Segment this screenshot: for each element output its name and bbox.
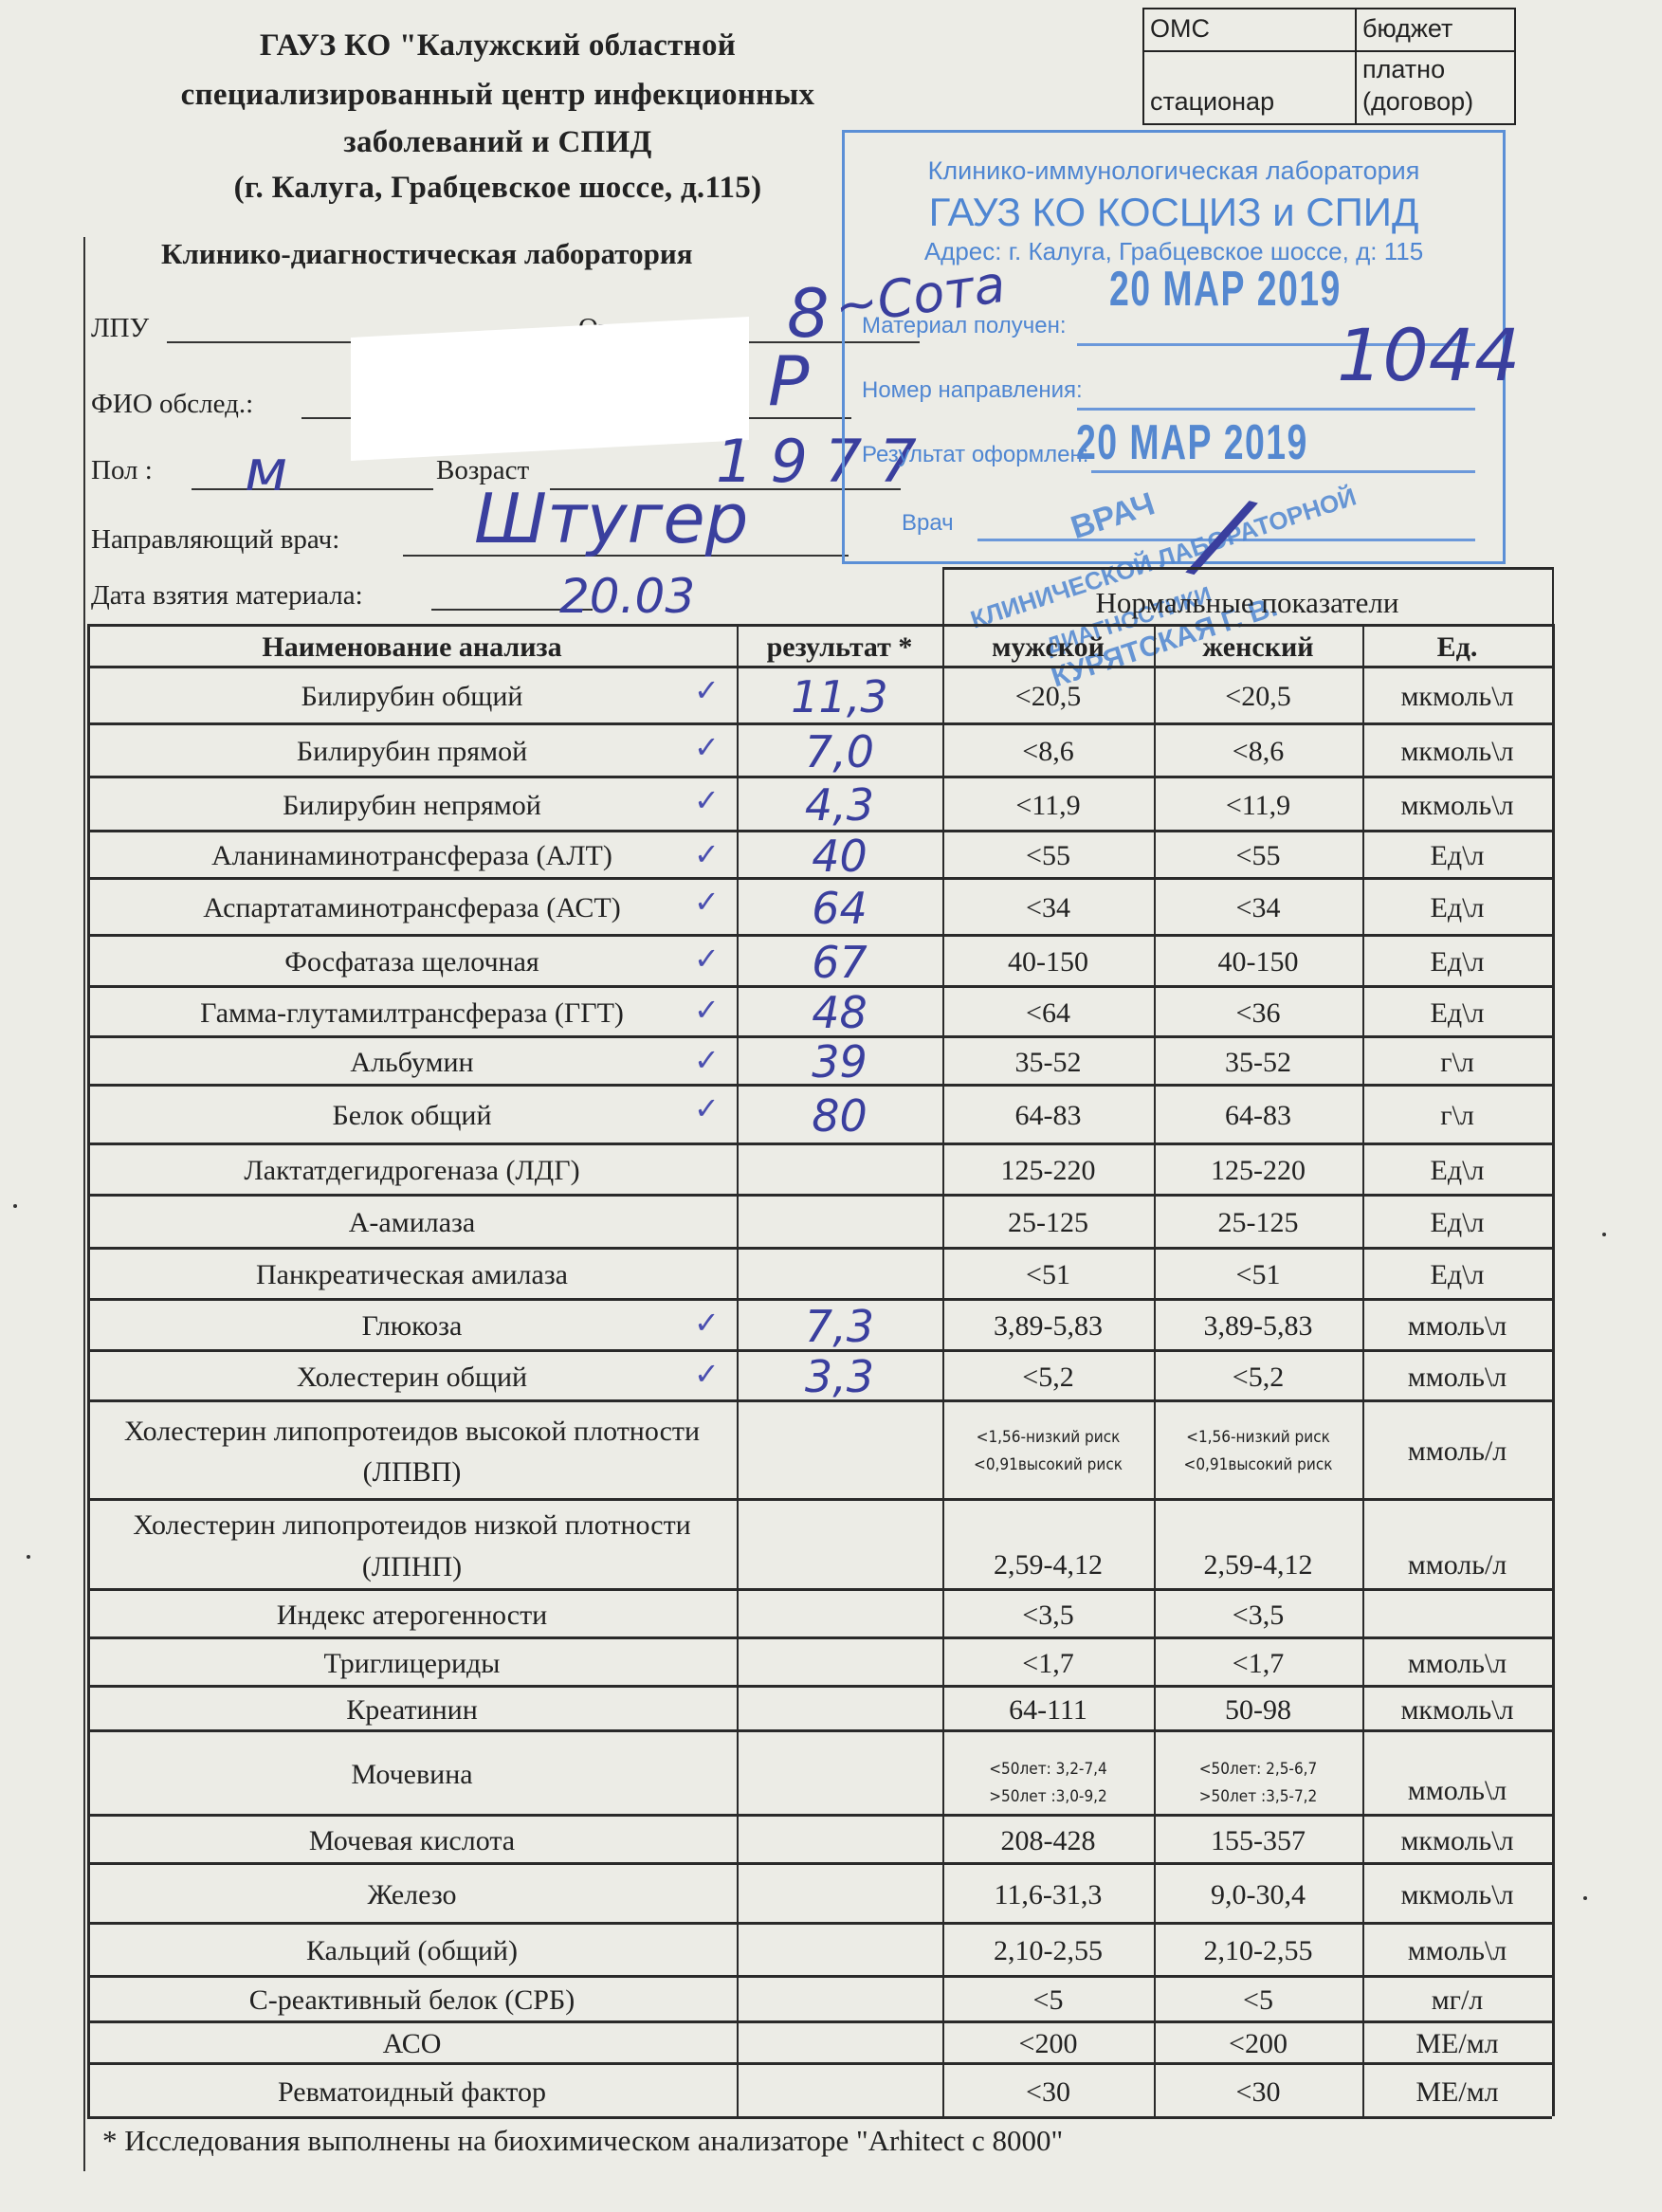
unit: мкмоль\л — [1362, 1688, 1552, 1732]
table-row: АСО<200<200МЕ/мл — [87, 2020, 1552, 2065]
column-header: результат * — [737, 627, 942, 668]
norm-male: <55 — [942, 832, 1154, 880]
check-mark-icon: ✓ — [694, 884, 720, 920]
norm-male: 2,59-4,12 — [942, 1501, 1154, 1591]
unit: г\л — [1362, 1038, 1552, 1087]
norm-female: <50лет: 2,5-6,7 >50лет :3,5-7,2 — [1154, 1732, 1362, 1817]
analysis-name: Фосфатаза щелочная — [87, 937, 737, 988]
norm-male: 25-125 — [942, 1197, 1154, 1250]
result-value: 7,0 — [737, 725, 942, 778]
org-address: (г. Калуга, Грабцевское шоссе, д.115) — [85, 171, 910, 206]
paper-speck — [13, 1204, 17, 1208]
table-row: Индекс атерогенности<3,5<3,5 — [87, 1588, 1552, 1639]
paper-speck — [27, 1555, 30, 1559]
table-row: Креатинин64-11150-98мкмоль\л — [87, 1685, 1552, 1732]
unit: ммоль\л — [1362, 1732, 1552, 1817]
unit: ммоль\л — [1362, 1925, 1552, 1978]
check-mark-icon: ✓ — [694, 941, 720, 977]
funding-type-box: ОМС бюджет стационар платно (договор) — [1142, 8, 1516, 125]
unit: Ед\л — [1362, 832, 1552, 880]
norm-female: <5 — [1154, 1978, 1362, 2023]
norm-male: <3,5 — [942, 1591, 1154, 1639]
analysis-name: Аспартатаминотрансфераза (АСТ) — [87, 880, 737, 937]
norm-male: <8,6 — [942, 725, 1154, 778]
norm-female: <51 — [1154, 1250, 1362, 1301]
norm-female: 35-52 — [1154, 1038, 1362, 1087]
referral-number-field — [1077, 408, 1475, 411]
check-mark-icon: ✓ — [694, 729, 720, 765]
result-value — [737, 1501, 942, 1591]
analysis-name: А-амилаза — [87, 1197, 737, 1250]
check-mark-icon: ✓ — [694, 672, 720, 708]
divider — [1355, 9, 1357, 123]
result-value: 11,3 — [737, 668, 942, 725]
unit: МЕ/мл — [1362, 2023, 1552, 2065]
divider — [1552, 567, 1554, 624]
norm-female: <5,2 — [1154, 1352, 1362, 1402]
norm-female: 155-357 — [1154, 1817, 1362, 1865]
unit: мкмоль\л — [1362, 1865, 1552, 1925]
divider — [1144, 50, 1355, 52]
unit: Ед\л — [1362, 988, 1552, 1038]
table-row: Панкреатическая амилаза<51<51Ед\л — [87, 1247, 1552, 1301]
table-row: Ревматоидный фактор<30<30МЕ/мл — [87, 2062, 1552, 2119]
table-row: Фосфатаза щелочная6740-15040-150Ед\л✓ — [87, 934, 1552, 988]
table-row: Железо11,6-31,39,0-30,4мкмоль\л — [87, 1862, 1552, 1925]
column-divider — [737, 624, 739, 2116]
analysis-name: Ревматоидный фактор — [87, 2065, 737, 2119]
norm-female: <1,56-низкий риск <0,91высокий риск — [1154, 1402, 1362, 1501]
funding-inpatient: стационар — [1150, 87, 1274, 117]
norm-male: 125-220 — [942, 1145, 1154, 1197]
result-issued-label: Результат оформлен: — [862, 442, 1088, 468]
norm-male: <64 — [942, 988, 1154, 1038]
check-mark-icon: ✓ — [694, 1356, 720, 1392]
norm-female: <8,6 — [1154, 725, 1362, 778]
table-row: Кальций (общий)2,10-2,552,10-2,55ммоль\л — [87, 1922, 1552, 1978]
result-value: 64 — [737, 880, 942, 937]
column-divider — [1362, 624, 1364, 2116]
check-mark-icon: ✓ — [694, 782, 720, 818]
norm-male: 3,89-5,83 — [942, 1301, 1154, 1352]
check-mark-icon: ✓ — [694, 992, 720, 1028]
stamp-line-1: Клинико-иммунологическая лаборатория — [845, 156, 1503, 186]
table-row: Холестерин общий3,3<5,2<5,2ммоль\л✓ — [87, 1349, 1552, 1402]
unit: ммоль\л — [1362, 1352, 1552, 1402]
column-divider — [87, 624, 90, 2116]
footnote: * Исследования выполнены на биохимическо… — [102, 2124, 1063, 2158]
sample-date-value: 20.03 — [559, 569, 695, 624]
norm-female: <30 — [1154, 2065, 1362, 2119]
norm-male: <1,7 — [942, 1639, 1154, 1688]
norm-male: 40-150 — [942, 937, 1154, 988]
analysis-name: Кальций (общий) — [87, 1925, 737, 1978]
table-row: Альбумин3935-5235-52г\л✓ — [87, 1035, 1552, 1087]
table-row: Мочевина<50лет: 3,2-7,4 >50лет :3,0-9,2<… — [87, 1729, 1552, 1817]
unit: мкмоль\л — [1362, 668, 1552, 725]
redacted-patient-name — [351, 317, 749, 461]
norm-female: <34 — [1154, 880, 1362, 937]
norm-female: 2,59-4,12 — [1154, 1501, 1362, 1591]
column-header: Наименование анализа — [87, 627, 737, 668]
patient-name-scribble: Р — [768, 341, 809, 421]
norm-female: <20,5 — [1154, 668, 1362, 725]
norm-male: 64-83 — [942, 1087, 1154, 1145]
analysis-name: Глюкоза — [87, 1301, 737, 1352]
unit: ммоль\л — [1362, 1639, 1552, 1688]
analysis-name: Билирубин прямой — [87, 725, 737, 778]
result-issued-date: 20 МАР 2019 — [1076, 414, 1308, 471]
analysis-name: Билирубин непрямой — [87, 778, 737, 832]
column-header: мужской — [942, 627, 1154, 668]
table-row: Лактатдегидрогеназа (ЛДГ)125-220125-220Е… — [87, 1143, 1552, 1197]
paper-speck — [1583, 1896, 1587, 1900]
norm-female: 25-125 — [1154, 1197, 1362, 1250]
unit: Ед\л — [1362, 880, 1552, 937]
funding-budget: бюджет — [1362, 14, 1452, 44]
norm-female: 40-150 — [1154, 937, 1362, 988]
check-mark-icon: ✓ — [694, 836, 720, 872]
sex-label: Пол : — [91, 455, 153, 486]
norm-female: <11,9 — [1154, 778, 1362, 832]
stamp-line-2: ГАУЗ КО КОСЦИЗ и СПИД — [845, 190, 1503, 235]
result-value — [737, 1591, 942, 1639]
analysis-name: Аланинаминотрансфераза (АЛТ) — [87, 832, 737, 880]
norm-male: <30 — [942, 2065, 1154, 2119]
column-header: женский — [1154, 627, 1362, 668]
norm-female: 50-98 — [1154, 1688, 1362, 1732]
norm-female: <36 — [1154, 988, 1362, 1038]
result-value — [737, 2023, 942, 2065]
check-mark-icon: ✓ — [694, 1042, 720, 1078]
result-value — [737, 1250, 942, 1301]
org-name-line-1: ГАУЗ КО "Калужский областной — [85, 28, 910, 64]
column-header: Ед. — [1362, 627, 1552, 668]
result-value — [737, 2065, 942, 2119]
unit — [1362, 1591, 1552, 1639]
result-value — [737, 1817, 942, 1865]
referring-doctor-value: Штугер — [474, 479, 748, 558]
table-row: Холестерин липопротеидов низкой плотност… — [87, 1498, 1552, 1591]
norm-male: <50лет: 3,2-7,4 >50лет :3,0-9,2 — [942, 1732, 1154, 1817]
lpu-label: ЛПУ — [91, 313, 149, 344]
unit: МЕ/мл — [1362, 2065, 1552, 2119]
norm-female: <1,7 — [1154, 1639, 1362, 1688]
result-value: 40 — [737, 832, 942, 880]
norm-male: <20,5 — [942, 668, 1154, 725]
norm-female: 125-220 — [1154, 1145, 1362, 1197]
norm-female: 3,89-5,83 — [1154, 1301, 1362, 1352]
referral-number-label: Номер направления: — [862, 377, 1083, 404]
result-value — [737, 1688, 942, 1732]
norms-header-row: Нормальные показатели — [942, 567, 1552, 627]
analysis-name: Панкреатическая амилаза — [87, 1250, 737, 1301]
analysis-name: Билирубин общий — [87, 668, 737, 725]
norms-header: Нормальные показатели — [942, 570, 1552, 627]
table-row: Триглицериды<1,7<1,7ммоль\л — [87, 1636, 1552, 1688]
column-divider — [1154, 624, 1156, 2116]
table-row: Аспартатаминотрансфераза (АСТ)64<34<34Ед… — [87, 877, 1552, 937]
unit: Ед\л — [1362, 937, 1552, 988]
norm-male: 64-111 — [942, 1688, 1154, 1732]
analysis-name: Холестерин липопротеидов низкой плотност… — [87, 1501, 737, 1591]
analysis-name: Железо — [87, 1865, 737, 1925]
norm-male: <51 — [942, 1250, 1154, 1301]
analysis-name: Мочевина — [87, 1732, 737, 1817]
org-name-line-2: специализированный центр инфекционных — [85, 78, 910, 113]
unit: мг/л — [1362, 1978, 1552, 2023]
sex-value: м — [245, 438, 287, 504]
unit: Ед\л — [1362, 1145, 1552, 1197]
analysis-name: Триглицериды — [87, 1639, 737, 1688]
norm-female: <55 — [1154, 832, 1362, 880]
check-mark-icon: ✓ — [694, 1090, 720, 1126]
divider — [1355, 50, 1514, 52]
divider — [942, 567, 944, 624]
table-row: Билирубин общий11,3<20,5<20,5мкмоль\л✓ — [87, 666, 1552, 725]
org-name-line-3: заболеваний и СПИД — [85, 125, 910, 160]
unit: мкмоль\л — [1362, 778, 1552, 832]
result-value: 67 — [737, 937, 942, 988]
unit: г\л — [1362, 1087, 1552, 1145]
analysis-name: Лактатдегидрогеназа (ЛДГ) — [87, 1145, 737, 1197]
table-row: Белок общий8064-8364-83г\л✓ — [87, 1084, 1552, 1145]
result-value — [737, 1865, 942, 1925]
result-value — [737, 1197, 942, 1250]
column-divider — [942, 624, 944, 2116]
table-bottom-border — [87, 2116, 1552, 2119]
norm-male: 208-428 — [942, 1817, 1154, 1865]
norm-female: 9,0-30,4 — [1154, 1865, 1362, 1925]
result-value: 80 — [737, 1087, 942, 1145]
funding-paid-line1: платно — [1362, 55, 1445, 84]
stamp-doctor-label: Врач — [902, 510, 954, 537]
analysis-name: Альбумин — [87, 1038, 737, 1087]
table-row: Аланинаминотрансфераза (АЛТ)40<55<55Ед\л… — [87, 830, 1552, 880]
norm-female: 2,10-2,55 — [1154, 1925, 1362, 1978]
table-row: С-реактивный белок (СРБ)<5<5мг/л — [87, 1975, 1552, 2023]
form-left-border — [83, 237, 85, 2171]
referral-number-value: 1044 — [1337, 313, 1520, 397]
analysis-name: Белок общий — [87, 1087, 737, 1145]
table-row: Холестерин липопротеидов высокой плотнос… — [87, 1399, 1552, 1501]
material-received-date: 20 МАР 2019 — [1109, 261, 1342, 318]
unit: ммоль/л — [1362, 1501, 1552, 1591]
table-row: Глюкоза7,33,89-5,833,89-5,83ммоль\л✓ — [87, 1298, 1552, 1352]
unit: Ед\л — [1362, 1197, 1552, 1250]
result-value: 39 — [737, 1038, 942, 1087]
result-value — [737, 1925, 942, 1978]
analysis-name: Креатинин — [87, 1688, 737, 1732]
unit: ммоль\л — [1362, 1301, 1552, 1352]
result-value — [737, 1639, 942, 1688]
norm-female: <3,5 — [1154, 1591, 1362, 1639]
result-value — [737, 1978, 942, 2023]
funding-paid-line2: (договор) — [1362, 87, 1473, 117]
table-row: Билирубин прямой7,0<8,6<8,6мкмоль\л✓ — [87, 722, 1552, 778]
table-row: А-амилаза25-12525-125Ед\л — [87, 1194, 1552, 1250]
norm-female: <200 — [1154, 2023, 1362, 2065]
unit: мкмоль\л — [1362, 1817, 1552, 1865]
norm-male: 2,10-2,55 — [942, 1925, 1154, 1978]
lab-title: Клинико-диагностическая лаборатория — [161, 237, 692, 271]
column-header-row: Наименование анализарезультат *мужскойже… — [87, 624, 1552, 668]
analysis-name: АСО — [87, 2023, 737, 2065]
norm-male: <1,56-низкий риск <0,91высокий риск — [942, 1402, 1154, 1501]
unit: ммоль/л — [1362, 1402, 1552, 1501]
norm-male: <5 — [942, 1978, 1154, 2023]
analysis-name: Индекс атерогенности — [87, 1591, 737, 1639]
analysis-name: Мочевая кислота — [87, 1817, 737, 1865]
norm-male: 11,6-31,3 — [942, 1865, 1154, 1925]
norm-male: <200 — [942, 2023, 1154, 2065]
result-value — [737, 1732, 942, 1817]
funding-oms: ОМС — [1150, 14, 1210, 44]
result-value: 7,3 — [737, 1301, 942, 1352]
analysis-name: Холестерин общий — [87, 1352, 737, 1402]
check-mark-icon: ✓ — [694, 1305, 720, 1341]
result-value: 3,3 — [737, 1352, 942, 1402]
unit: Ед\л — [1362, 1250, 1552, 1301]
analysis-name: С-реактивный белок (СРБ) — [87, 1978, 737, 2023]
sample-date-label: Дата взятия материала: — [91, 580, 363, 612]
patient-name-label: ФИО обслед.: — [91, 389, 253, 420]
referring-doctor-label: Направляющий врач: — [91, 524, 339, 556]
unit: мкмоль\л — [1362, 725, 1552, 778]
norm-male: 35-52 — [942, 1038, 1154, 1087]
analysis-name: Гамма-глутамилтрансфераза (ГГТ) — [87, 988, 737, 1038]
norm-female: 64-83 — [1154, 1087, 1362, 1145]
norm-male: <11,9 — [942, 778, 1154, 832]
analysis-name: Холестерин липопротеидов высокой плотнос… — [87, 1402, 737, 1501]
paper-speck — [1602, 1233, 1606, 1236]
norm-male: <34 — [942, 880, 1154, 937]
table-row: Мочевая кислота208-428155-357мкмоль\л — [87, 1814, 1552, 1865]
norm-male: <5,2 — [942, 1352, 1154, 1402]
sex-field — [192, 488, 433, 490]
result-value — [737, 1145, 942, 1197]
result-value — [737, 1402, 942, 1501]
column-divider — [1552, 624, 1555, 2116]
